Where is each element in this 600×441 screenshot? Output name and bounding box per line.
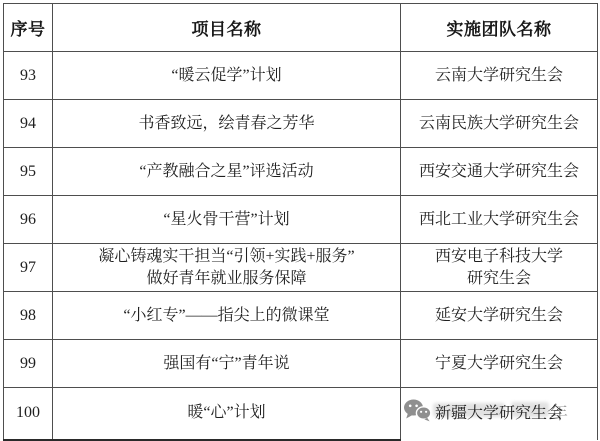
team-name-cell: 云南民族大学研究生会 [401, 100, 598, 148]
team-name-cell: 西北工业大学研究生会 [401, 196, 598, 244]
team-name-cell: 宁夏大学研究生会 [401, 340, 598, 388]
table-row: 99 强国有“宁”青年说 宁夏大学研究生会 [4, 340, 598, 388]
row-number-cell: 97 [4, 244, 53, 292]
project-name-cell: “星火骨干营”计划 [53, 196, 401, 244]
team-name-cell: 延安大学研究生会 [401, 292, 598, 340]
table-row: 97 凝心铸魂实干担当“引领+实践+服务” 做好青年就业服务保障 西安电子科技大… [4, 244, 598, 292]
row-number-cell: 94 [4, 100, 53, 148]
table-body: 93 “暖云促学”计划 云南大学研究生会 94 书香致远，绘青春之芳华 云南民族… [4, 52, 598, 440]
table-row: 95 “产教融合之星”评选活动 西安交通大学研究生会 [4, 148, 598, 196]
project-ranking-table-page: 序号 项目名称 实施团队名称 93 “暖云促学”计划 云南大学研究生会 94 书… [0, 0, 600, 441]
project-name-cell: “小红专”——指尖上的微课堂 [53, 292, 401, 340]
project-name-cell: 暖“心”计划 [53, 388, 401, 440]
team-name-cell: 西安交通大学研究生会 [401, 148, 598, 196]
header-team: 实施团队名称 [401, 4, 598, 52]
team-name-cell: 云南大学研究生会 [401, 52, 598, 100]
row-number-cell: 95 [4, 148, 53, 196]
project-table: 序号 项目名称 实施团队名称 93 “暖云促学”计划 云南大学研究生会 94 书… [3, 3, 598, 441]
header-number: 序号 [4, 4, 53, 52]
header-project: 项目名称 [53, 4, 401, 52]
table-row: 93 “暖云促学”计划 云南大学研究生会 [4, 52, 598, 100]
row-number-cell: 99 [4, 340, 53, 388]
header-row: 序号 项目名称 实施团队名称 [4, 4, 598, 52]
team-name-cell: 西安电子科技大学 研究生会 [401, 244, 598, 292]
table-row: 100 暖“心”计划 新疆大学研究生会 [4, 388, 598, 440]
team-name-cell: 新疆大学研究生会 [401, 388, 598, 440]
table-header: 序号 项目名称 实施团队名称 [4, 4, 598, 52]
project-name-cell: 书香致远，绘青春之芳华 [53, 100, 401, 148]
project-name-cell: 凝心铸魂实干担当“引领+实践+服务” 做好青年就业服务保障 [53, 244, 401, 292]
project-name-cell: 强国有“宁”青年说 [53, 340, 401, 388]
project-name-cell: “暖云促学”计划 [53, 52, 401, 100]
project-name-cell: “产教融合之星”评选活动 [53, 148, 401, 196]
row-number-cell: 93 [4, 52, 53, 100]
row-number-cell: 100 [4, 388, 53, 440]
table-row: 98 “小红专”——指尖上的微课堂 延安大学研究生会 [4, 292, 598, 340]
table-row: 94 书香致远，绘青春之芳华 云南民族大学研究生会 [4, 100, 598, 148]
row-number-cell: 96 [4, 196, 53, 244]
table-row: 96 “星火骨干营”计划 西北工业大学研究生会 [4, 196, 598, 244]
row-number-cell: 98 [4, 292, 53, 340]
